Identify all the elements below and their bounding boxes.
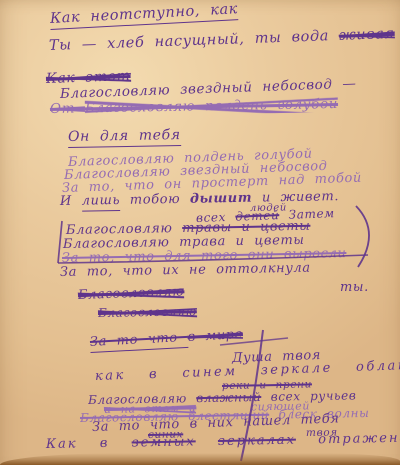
text-segment: в мире xyxy=(187,327,243,345)
manuscript-line: От Благословляю полдень голубой xyxy=(50,98,338,117)
text-segment: Благословляю полдень голубой xyxy=(85,96,338,116)
manuscript-line: Благословляю xyxy=(78,285,185,302)
manuscript-line: За то что в мире xyxy=(90,328,244,349)
text-segment: Как неотступно, как xyxy=(50,1,239,29)
text-segment: За то что xyxy=(90,330,188,353)
text-segment: ты. xyxy=(340,280,369,295)
manuscript-line: Он для тебя xyxy=(68,128,181,144)
text-segment: лишь xyxy=(82,193,121,211)
manuscript-line: Благословляю xyxy=(98,305,197,319)
manuscript-line: И лишь тобою дышит и живет. xyxy=(60,190,339,208)
text-segment: зеркалах xyxy=(218,433,296,449)
manuscript-line: Ты — хлеб насущный, ты вода живая xyxy=(49,27,395,54)
text-segment: За то, что их не оттолкнула xyxy=(60,261,311,280)
text-segment: Благословляю xyxy=(98,304,197,320)
text-segment: живая xyxy=(339,26,395,44)
text-segment: дышит xyxy=(190,191,252,207)
manuscript-line: ты. xyxy=(340,281,369,294)
manuscript-line: За то, что их не оттолкнула xyxy=(60,262,311,279)
text-segment: отражена xyxy=(296,431,400,448)
page-bottom-edge xyxy=(0,453,400,465)
text-segment: Как в xyxy=(46,436,132,452)
manuscript-page: Как неотступно, какТы — хлеб насущный, т… xyxy=(0,0,400,465)
text-segment: От xyxy=(50,100,85,117)
text-segment xyxy=(196,434,219,449)
text-segment: земных xyxy=(132,434,196,450)
scanned-manuscript: Как неотступно, какТы — хлеб насущный, т… xyxy=(0,0,400,465)
text-segment: И xyxy=(60,194,82,209)
text-segment: Благословляю xyxy=(78,284,185,303)
text-segment: Он для тебя xyxy=(68,127,181,147)
manuscript-line: Как неотступно, как xyxy=(50,2,239,26)
text-segment: тобою xyxy=(120,192,190,208)
text-segment: Ты — хлеб насущный, ты вода xyxy=(49,28,340,54)
